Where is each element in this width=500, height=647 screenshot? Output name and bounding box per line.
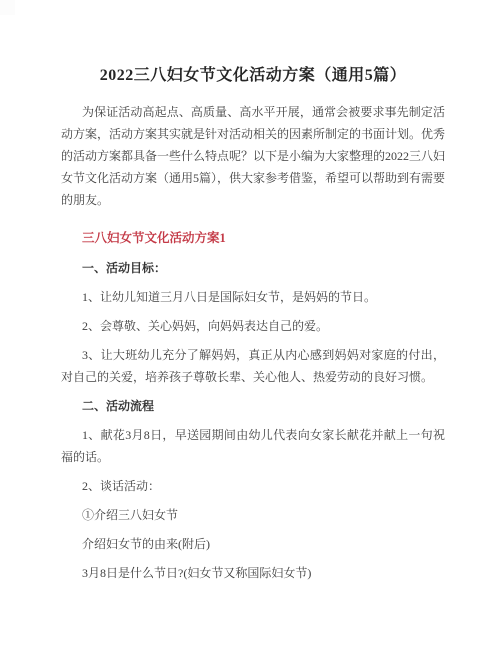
intro-paragraph: 为保证活动高起点、高质量、高水平开展，通常会被要求事先制定活动方案，活动方案其实… bbox=[61, 101, 445, 211]
corner-artifact bbox=[0, 0, 15, 15]
subheading-activity-process: 二、活动流程 bbox=[61, 395, 445, 417]
section-heading: 三八妇女节文化活动方案1 bbox=[61, 227, 445, 249]
process-item-1: 1、献花3月8日，早送园期间由幼儿代表向女家长献花并献上一句祝福的话。 bbox=[61, 424, 445, 468]
document-title: 2022三八妇女节文化活动方案（通用5篇） bbox=[61, 64, 445, 88]
document-page: 2022三八妇女节文化活动方案（通用5篇） 为保证活动高起点、高质量、高水平开展… bbox=[0, 0, 500, 647]
process-item-2: 2、谈话活动： bbox=[61, 475, 445, 497]
process-subitem-question: 3月8日是什么节日?(妇女节又称国际妇女节) bbox=[61, 562, 445, 584]
goal-item-1: 1、让幼儿知道三月八日是国际妇女节，是妈妈的节日。 bbox=[61, 286, 445, 308]
goal-item-3: 3、让大班幼儿充分了解妈妈，真正从内心感到妈妈对家庭的付出，对自己的关爱，培养孩… bbox=[61, 344, 445, 388]
process-subitem-origin: 介绍妇女节的由来(附后) bbox=[61, 533, 445, 555]
process-subitem-intro: ①介绍三八妇女节 bbox=[61, 504, 445, 526]
subheading-activity-goals: 一、活动目标： bbox=[61, 257, 445, 279]
goal-item-2: 2、会尊敬、关心妈妈，向妈妈表达自己的爱。 bbox=[61, 315, 445, 337]
